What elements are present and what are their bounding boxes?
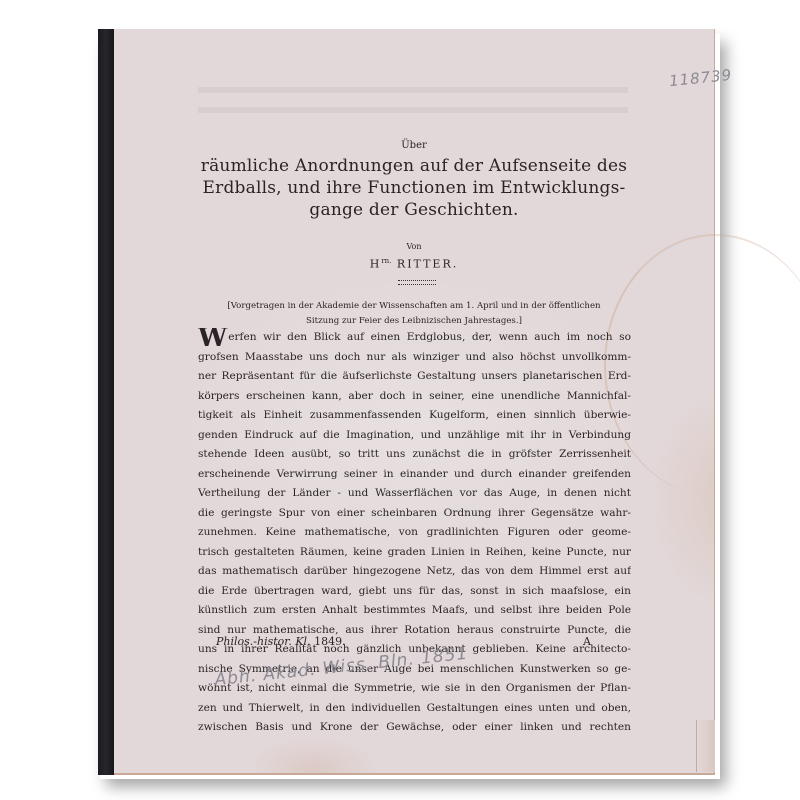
body-line: genden Eindruck auf die Imagination, und… — [198, 426, 631, 446]
body-line: tigkeit als Einheit zusammenfassenden Ku… — [198, 406, 631, 426]
title-line: räumliche Anordnungen auf der Aufsenseit… — [114, 155, 714, 177]
drop-cap: W — [198, 329, 227, 348]
author-name: RITTER. — [397, 258, 458, 271]
body-line: Werfen wir den Blick auf einen Erdglobus… — [198, 328, 631, 348]
series-year: 1849. — [314, 635, 346, 648]
body-line: künstlich zum ersten Anhalt bestimmtes M… — [198, 601, 631, 621]
heading-over: Über — [114, 140, 714, 151]
show-through-line — [198, 107, 628, 113]
photo-stage: 118739 Über räumliche Anordnungen auf de… — [0, 0, 800, 800]
ornament-rule — [398, 280, 436, 285]
author: Hrn. RITTER. — [114, 257, 714, 271]
body-line: zen und Thierwelt, in den individuellen … — [198, 699, 631, 719]
footer-series: Philos.-histor. Kl. 1849. — [216, 635, 346, 648]
black-spine-binding — [98, 29, 114, 775]
show-through-line — [198, 87, 628, 93]
note-line: Sitzung zur Feier des Leibnizischen Jahr… — [194, 314, 634, 329]
body-line: ner Repräsentant für die äufserlichste G… — [198, 367, 631, 387]
by-label: Von — [114, 242, 714, 251]
title-line: gange der Geschichten. — [114, 199, 714, 221]
note-line: [Vorgetragen in der Akademie der Wissens… — [194, 299, 634, 314]
article-title: räumliche Anordnungen auf der Aufsenseit… — [114, 155, 714, 221]
body-line: Vertheilung der Länder - und Wasserfläch… — [198, 484, 631, 504]
body-line: stehende Ideen ausübt, so tritt uns zunä… — [198, 445, 631, 465]
body-line: erscheinende Verwirrung seiner in einand… — [198, 465, 631, 485]
body-line: zunehmen. Keine mathematische, von gradl… — [198, 523, 631, 543]
title-line: Erdballs, und ihre Functionen im Entwick… — [114, 177, 714, 199]
series-label: Philos.-histor. Kl. — [216, 635, 311, 648]
accession-number: 118739 — [668, 66, 733, 91]
lecture-note: [Vorgetragen in der Akademie der Wissens… — [194, 299, 634, 329]
signature-mark: A — [583, 635, 591, 648]
document-page: 118739 Über räumliche Anordnungen auf de… — [114, 29, 715, 775]
body-line: grofsen Maasstabe uns doch nur als winzi… — [198, 348, 631, 368]
body-line: die Erde übertragen ward, giebt uns für … — [198, 582, 631, 602]
water-stain — [604, 234, 800, 496]
body-line: körpers erscheinen kann, aber doch in se… — [198, 387, 631, 407]
body-line: die geringste Spur von einer scheinbaren… — [198, 504, 631, 524]
author-prefix-sup: rn. — [381, 257, 391, 265]
body-line: das mathematisch darüber hingezogene Net… — [198, 562, 631, 582]
worn-page-corner — [696, 720, 715, 772]
body-line: trisch gestalteten Räumen, keine graden … — [198, 543, 631, 563]
body-line: zwischen Basis und Krone der Gewächse, o… — [198, 718, 631, 738]
author-prefix: H — [370, 258, 382, 271]
